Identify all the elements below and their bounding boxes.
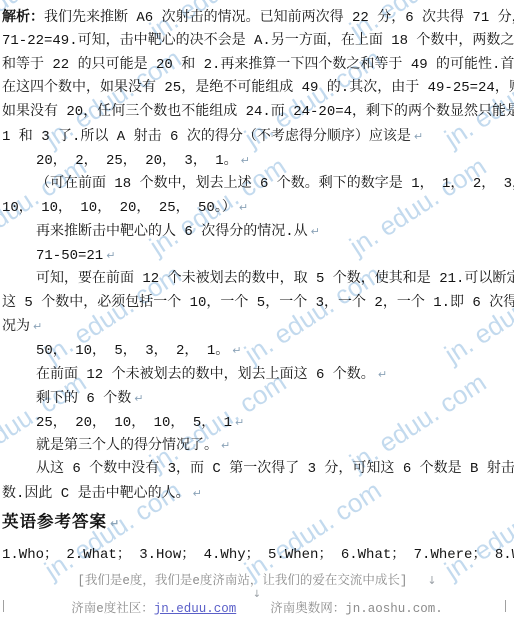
footer-slogan-line: [我们是e度，我们是e度济南站，让我们的爱在交流中成长]↓	[0, 573, 514, 589]
english-answers-text: 1.Who； 2.What； 3.How； 4.Why； 5.When； 6.W…	[2, 547, 514, 563]
page-margin-tick-left	[3, 600, 4, 612]
text-line: 况为↵	[0, 315, 514, 339]
text-line: 25， 20， 10， 10， 5， 1↵	[0, 411, 514, 435]
paragraph-mark: ↵	[106, 249, 115, 262]
text-line: 剩下的 6 个数↵	[0, 387, 514, 411]
text-line: 71-50=21↵	[0, 244, 514, 268]
text-line: 可知，要在前面 12 个未被划去的数中，取 5 个数，使其和是 21.可以断定，	[0, 268, 514, 292]
text-line: 50， 10， 5， 3， 2， 1。↵	[0, 339, 514, 363]
paragraph-mark: ↵	[378, 368, 387, 381]
page-margin-tick-right	[505, 600, 506, 612]
page-content: 解析：我们先来推断 A6 次射击的情况。已知前两次得 22 分，6 次共得 71…	[0, 0, 514, 617]
aoshu-site: jn.aoshu.com.	[345, 602, 443, 616]
paragraph-mark: ↵	[235, 416, 244, 429]
eduu-link[interactable]: jn.eduu.com	[154, 602, 237, 616]
paragraph-mark: ↵	[414, 130, 423, 143]
analysis-label: 解析：	[2, 10, 44, 26]
footer-slogan: [我们是e度，我们是e度济南站，让我们的爱在交流中成长]	[77, 574, 407, 588]
text-line: 1 和 3 了.所以 A 射击 6 次的得分（不考虑得分顺序）应该是↵	[0, 125, 514, 149]
text-line: 在前面 12 个未被划去的数中，划去上面这 6 个数。↵	[0, 363, 514, 387]
text-line: 再来推断击中靶心的人 6 次得分的情况.从↵	[0, 220, 514, 244]
text-line: 就是第三个人的得分情况了。↵	[0, 434, 514, 458]
paragraph-mark: ↵	[232, 344, 241, 357]
community-label: 济南e度社区：	[71, 602, 154, 616]
text-line: 这 5 个数中，必须包括一个 10，一个 5，一个 3，一个 2，一个 1.即 …	[0, 292, 514, 316]
paragraph-mark: ↵	[134, 392, 143, 405]
paragraph-mark: ↵	[110, 517, 120, 530]
down-arrow-icon: ↓	[427, 574, 436, 587]
text-line: 20， 2， 25， 20， 3， 1。↵	[0, 149, 514, 173]
down-arrow-icon: ↓	[253, 589, 261, 600]
heading-text: 英语参考答案	[2, 513, 107, 532]
paragraph-mark: ↵	[221, 439, 230, 452]
paragraph-mark: ↵	[33, 320, 42, 333]
document-page: jn. eduu. comjn. eduu. comjn. eduu. comj…	[0, 0, 514, 617]
text-line: 和等于 22 的只可能是 20 和 2.再来推算一下四个数之和等于 49 的可能…	[0, 54, 514, 78]
paragraph-mark: ↵	[311, 225, 320, 238]
text-line: 解析：我们先来推断 A6 次射击的情况。已知前两次得 22 分，6 次共得 71…	[0, 6, 514, 30]
text-line: 数.因此 C 是击中靶心的人。↵	[0, 482, 514, 506]
text-line: （可在前面 18 个数中，划去上述 6 个数。剩下的数字是 1， 1， 2， 3…	[0, 173, 514, 197]
aoshu-label: 济南奥数网：	[270, 602, 345, 616]
text-line: 10， 10， 10， 20， 25， 50。）↵	[0, 196, 514, 220]
paragraph-mark: ↵	[241, 154, 250, 167]
english-answers-line: 1.Who； 2.What； 3.How； 4.Why； 5.When； 6.W…	[0, 546, 514, 564]
text-line: 如果没有 20，任何三个数也不能组成 24.而 24-20=4，剩下的两个数显然…	[0, 101, 514, 125]
paragraph-mark: ↵	[239, 201, 248, 214]
body-lines: 解析：我们先来推断 A6 次射击的情况。已知前两次得 22 分，6 次共得 71…	[0, 6, 514, 506]
text-line: 71-22=49.可知，击中靶心的决不会是 A.另一方面，在上面 18 个数中，…	[0, 30, 514, 54]
text-line: 在这四个数中，如果没有 25，是绝不可能组成 49 的.其次，由于 49-25=…	[0, 77, 514, 101]
paragraph-mark: ↵	[193, 487, 202, 500]
english-answers-heading: 英语参考答案↵	[2, 513, 514, 533]
footer-arrow-line: ↓	[0, 589, 514, 601]
text-line: 从这 6 个数中没有 3，而 C 第一次得了 3 分，可知这 6 个数是 B 射…	[0, 458, 514, 482]
footer-links-line: 济南e度社区：jn.eduu.com济南奥数网：jn.aoshu.com.	[0, 602, 514, 617]
